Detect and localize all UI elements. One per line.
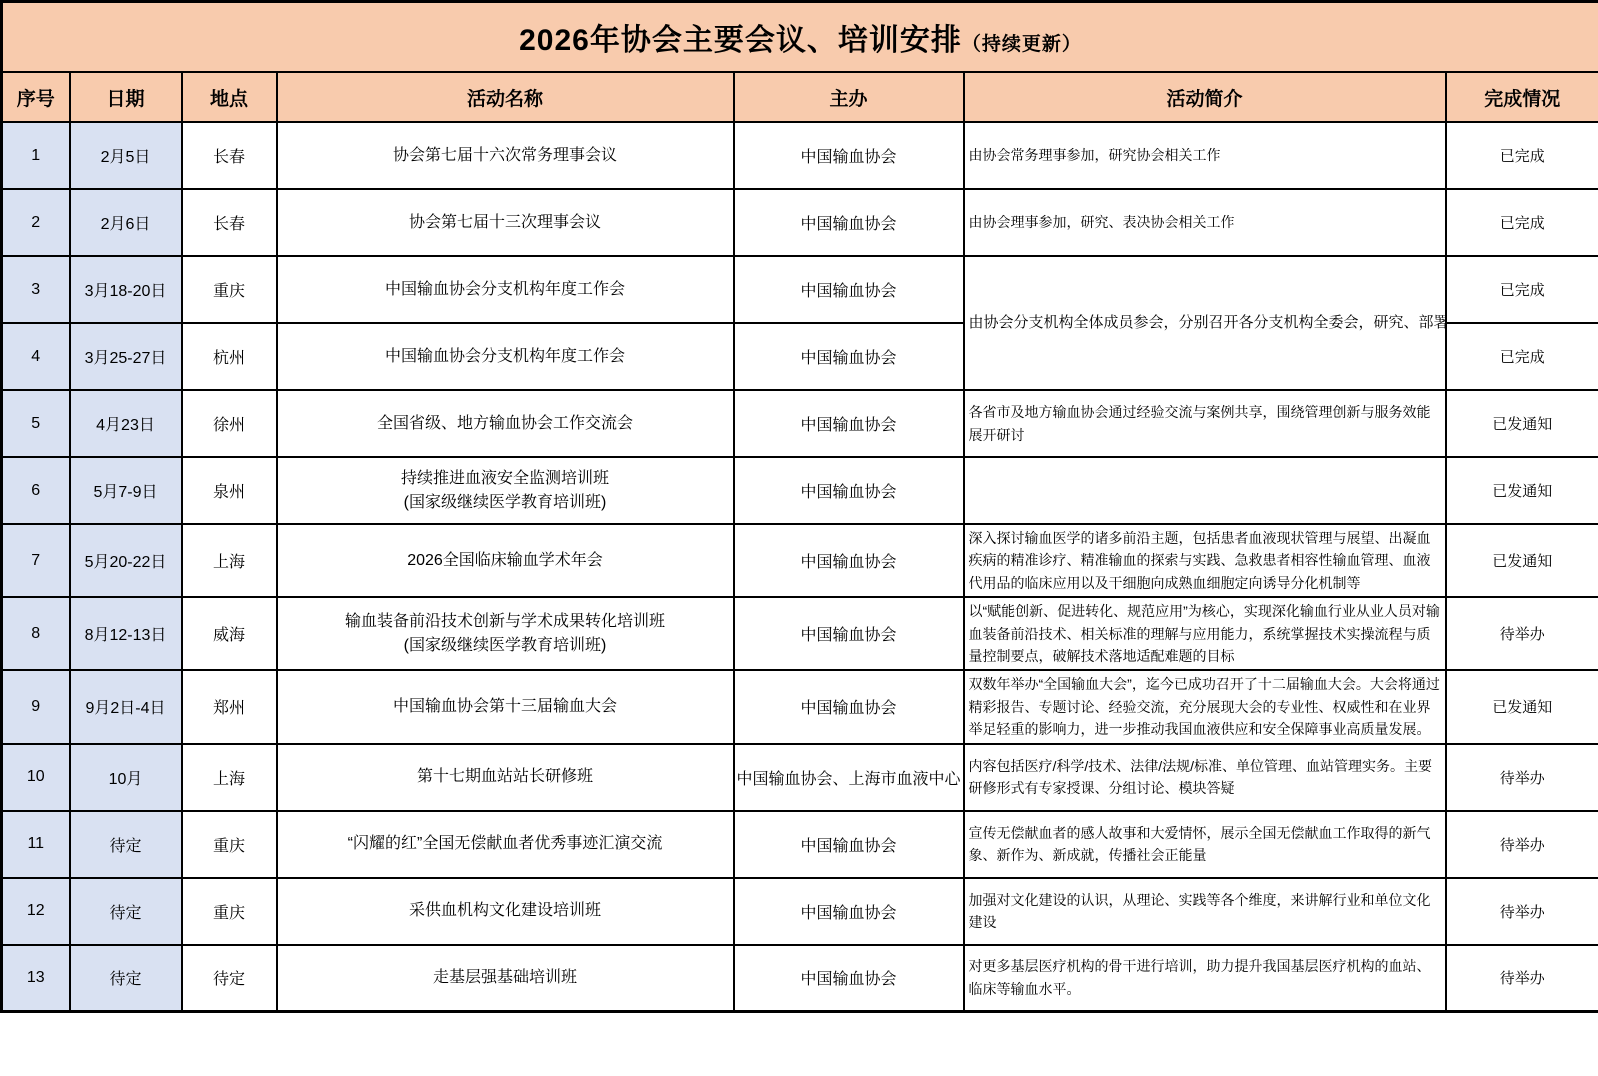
cell-place: 上海: [182, 744, 277, 811]
cell-place: 重庆: [182, 811, 277, 878]
cell-place: 徐州: [182, 390, 277, 457]
cell-no: 3: [2, 256, 70, 323]
cell-place: 威海: [182, 597, 277, 670]
table-row: 3 3月18-20日 重庆 中国输血协会分支机构年度工作会 中国输血协会 由协会…: [2, 256, 1598, 323]
cell-no: 2: [2, 189, 70, 256]
cell-date: 3月18-20日: [70, 256, 182, 323]
cell-date: 4月23日: [70, 390, 182, 457]
cell-host: 中国输血协会: [734, 524, 964, 597]
cell-place: 长春: [182, 122, 277, 189]
cell-place: 上海: [182, 524, 277, 597]
cell-status: 待举办: [1446, 945, 1598, 1012]
cell-status: 已完成: [1446, 323, 1598, 390]
cell-no: 12: [2, 878, 70, 945]
cell-no: 4: [2, 323, 70, 390]
cell-status: 待举办: [1446, 878, 1598, 945]
cell-host: 中国输血协会: [734, 945, 964, 1012]
cell-place: 重庆: [182, 256, 277, 323]
table-row: 8 8月12-13日 威海 输血装备前沿技术创新与学术成果转化培训班 (国家级继…: [2, 597, 1598, 670]
col-header-status: 完成情况: [1446, 72, 1598, 122]
cell-host: 中国输血协会: [734, 122, 964, 189]
table-row: 6 5月7-9日 泉州 持续推进血液安全监测培训班 (国家级继续医学教育培训班)…: [2, 457, 1598, 524]
cell-host: 中国输血协会: [734, 256, 964, 323]
cell-intro: 深入探讨输血医学的诸多前沿主题，包括患者血液现状管理与展望、出凝血疾病的精准诊疗…: [964, 524, 1446, 597]
col-header-date: 日期: [70, 72, 182, 122]
cell-date: 2月6日: [70, 189, 182, 256]
table-row: 10 10月 上海 第十七期血站站长研修班 中国输血协会、上海市血液中心 内容包…: [2, 744, 1598, 811]
cell-no: 5: [2, 390, 70, 457]
cell-status: 已完成: [1446, 256, 1598, 323]
col-header-host: 主办: [734, 72, 964, 122]
page-title: 2026年协会主要会议、培训安排（持续更新）: [2, 2, 1598, 73]
cell-host: 中国输血协会: [734, 457, 964, 524]
cell-no: 13: [2, 945, 70, 1012]
cell-place: 泉州: [182, 457, 277, 524]
cell-date: 8月12-13日: [70, 597, 182, 670]
cell-host: 中国输血协会: [734, 811, 964, 878]
cell-host: 中国输血协会: [734, 878, 964, 945]
cell-name: 中国输血协会第十三届输血大会: [277, 670, 734, 743]
cell-name: 2026全国临床输血学术年会: [277, 524, 734, 597]
cell-name: 采供血机构文化建设培训班: [277, 878, 734, 945]
header-row: 序号 日期 地点 活动名称 主办 活动简介 完成情况: [2, 72, 1598, 122]
cell-intro: 内容包括医疗/科学/技术、法律/法规/标准、单位管理、血站管理实务。主要研修形式…: [964, 744, 1446, 811]
cell-intro: [964, 457, 1446, 524]
cell-status: 已完成: [1446, 122, 1598, 189]
cell-name: 中国输血协会分支机构年度工作会: [277, 323, 734, 390]
cell-status: 已发通知: [1446, 457, 1598, 524]
cell-no: 7: [2, 524, 70, 597]
cell-date: 2月5日: [70, 122, 182, 189]
cell-name: 第十七期血站站长研修班: [277, 744, 734, 811]
cell-place: 郑州: [182, 670, 277, 743]
cell-status: 已发通知: [1446, 670, 1598, 743]
col-header-intro: 活动简介: [964, 72, 1446, 122]
cell-no: 1: [2, 122, 70, 189]
cell-no: 9: [2, 670, 70, 743]
page-title-main: 2026年协会主要会议、培训安排: [519, 24, 962, 57]
cell-name: 全国省级、地方输血协会工作交流会: [277, 390, 734, 457]
cell-status: 已完成: [1446, 189, 1598, 256]
cell-date: 10月: [70, 744, 182, 811]
cell-intro: 双数年举办“全国输血大会”，迄今已成功召开了十二届输血大会。大会将通过精彩报告、…: [964, 670, 1446, 743]
cell-place: 待定: [182, 945, 277, 1012]
cell-name: 协会第七届十六次常务理事会议: [277, 122, 734, 189]
col-header-place: 地点: [182, 72, 277, 122]
cell-place: 杭州: [182, 323, 277, 390]
cell-date: 待定: [70, 811, 182, 878]
cell-name: 协会第七届十三次理事会议: [277, 189, 734, 256]
cell-host: 中国输血协会: [734, 390, 964, 457]
cell-host: 中国输血协会: [734, 189, 964, 256]
cell-host: 中国输血协会: [734, 597, 964, 670]
table-row: 9 9月2日-4日 郑州 中国输血协会第十三届输血大会 中国输血协会 双数年举办…: [2, 670, 1598, 743]
cell-status: 待举办: [1446, 744, 1598, 811]
cell-no: 11: [2, 811, 70, 878]
cell-status: 已发通知: [1446, 524, 1598, 597]
cell-status: 待举办: [1446, 811, 1598, 878]
cell-host: 中国输血协会: [734, 670, 964, 743]
cell-name: “闪耀的红”全国无偿献血者优秀事迹汇演交流: [277, 811, 734, 878]
table-row: 13 待定 待定 走基层强基础培训班 中国输血协会 对更多基层医疗机构的骨干进行…: [2, 945, 1598, 1012]
table-row: 11 待定 重庆 “闪耀的红”全国无偿献血者优秀事迹汇演交流 中国输血协会 宣传…: [2, 811, 1598, 878]
cell-intro: 加强对文化建设的认识，从理论、实践等各个维度，来讲解行业和单位文化建设: [964, 878, 1446, 945]
cell-name: 走基层强基础培训班: [277, 945, 734, 1012]
table-row: 7 5月20-22日 上海 2026全国临床输血学术年会 中国输血协会 深入探讨…: [2, 524, 1598, 597]
table-row: 5 4月23日 徐州 全国省级、地方输血协会工作交流会 中国输血协会 各省市及地…: [2, 390, 1598, 457]
cell-status: 已发通知: [1446, 390, 1598, 457]
cell-date: 5月7-9日: [70, 457, 182, 524]
table-row: 2 2月6日 长春 协会第七届十三次理事会议 中国输血协会 由协会理事参加，研究…: [2, 189, 1598, 256]
page-title-sub: （持续更新）: [962, 34, 1082, 55]
cell-status: 待举办: [1446, 597, 1598, 670]
table-row: 12 待定 重庆 采供血机构文化建设培训班 中国输血协会 加强对文化建设的认识，…: [2, 878, 1598, 945]
col-header-no: 序号: [2, 72, 70, 122]
cell-intro: 各省市及地方输血协会通过经验交流与案例共享，围绕管理创新与服务效能展开研讨: [964, 390, 1446, 457]
cell-date: 5月20-22日: [70, 524, 182, 597]
cell-date: 3月25-27日: [70, 323, 182, 390]
cell-date: 待定: [70, 878, 182, 945]
cell-place: 重庆: [182, 878, 277, 945]
cell-intro: 以“赋能创新、促进转化、规范应用”为核心，实现深化输血行业从业人员对输血装备前沿…: [964, 597, 1446, 670]
cell-host: 中国输血协会: [734, 323, 964, 390]
cell-no: 8: [2, 597, 70, 670]
cell-intro: 对更多基层医疗机构的骨干进行培训，助力提升我国基层医疗机构的血站、临床等输血水平…: [964, 945, 1446, 1012]
cell-date: 9月2日-4日: [70, 670, 182, 743]
col-header-name: 活动名称: [277, 72, 734, 122]
cell-intro: 宣传无偿献血者的感人故事和大爱情怀，展示全国无偿献血工作取得的新气象、新作为、新…: [964, 811, 1446, 878]
cell-no: 10: [2, 744, 70, 811]
table-row: 1 2月5日 长春 协会第七届十六次常务理事会议 中国输血协会 由协会常务理事参…: [2, 122, 1598, 189]
schedule-table: 2026年协会主要会议、培训安排（持续更新） 序号 日期 地点 活动名称 主办 …: [0, 0, 1598, 1013]
cell-name: 持续推进血液安全监测培训班 (国家级继续医学教育培训班): [277, 457, 734, 524]
cell-no: 6: [2, 457, 70, 524]
cell-name: 中国输血协会分支机构年度工作会: [277, 256, 734, 323]
cell-intro-merged: 由协会分支机构全体成员参会，分别召开各分支机构全委会，研究、部署新一年度工作: [964, 256, 1446, 390]
cell-name: 输血装备前沿技术创新与学术成果转化培训班 (国家级继续医学教育培训班): [277, 597, 734, 670]
cell-host: 中国输血协会、上海市血液中心: [734, 744, 964, 811]
cell-intro: 由协会理事参加，研究、表决协会相关工作: [964, 189, 1446, 256]
cell-place: 长春: [182, 189, 277, 256]
title-row: 2026年协会主要会议、培训安排（持续更新）: [2, 2, 1598, 73]
cell-intro: 由协会常务理事参加，研究协会相关工作: [964, 122, 1446, 189]
cell-date: 待定: [70, 945, 182, 1012]
